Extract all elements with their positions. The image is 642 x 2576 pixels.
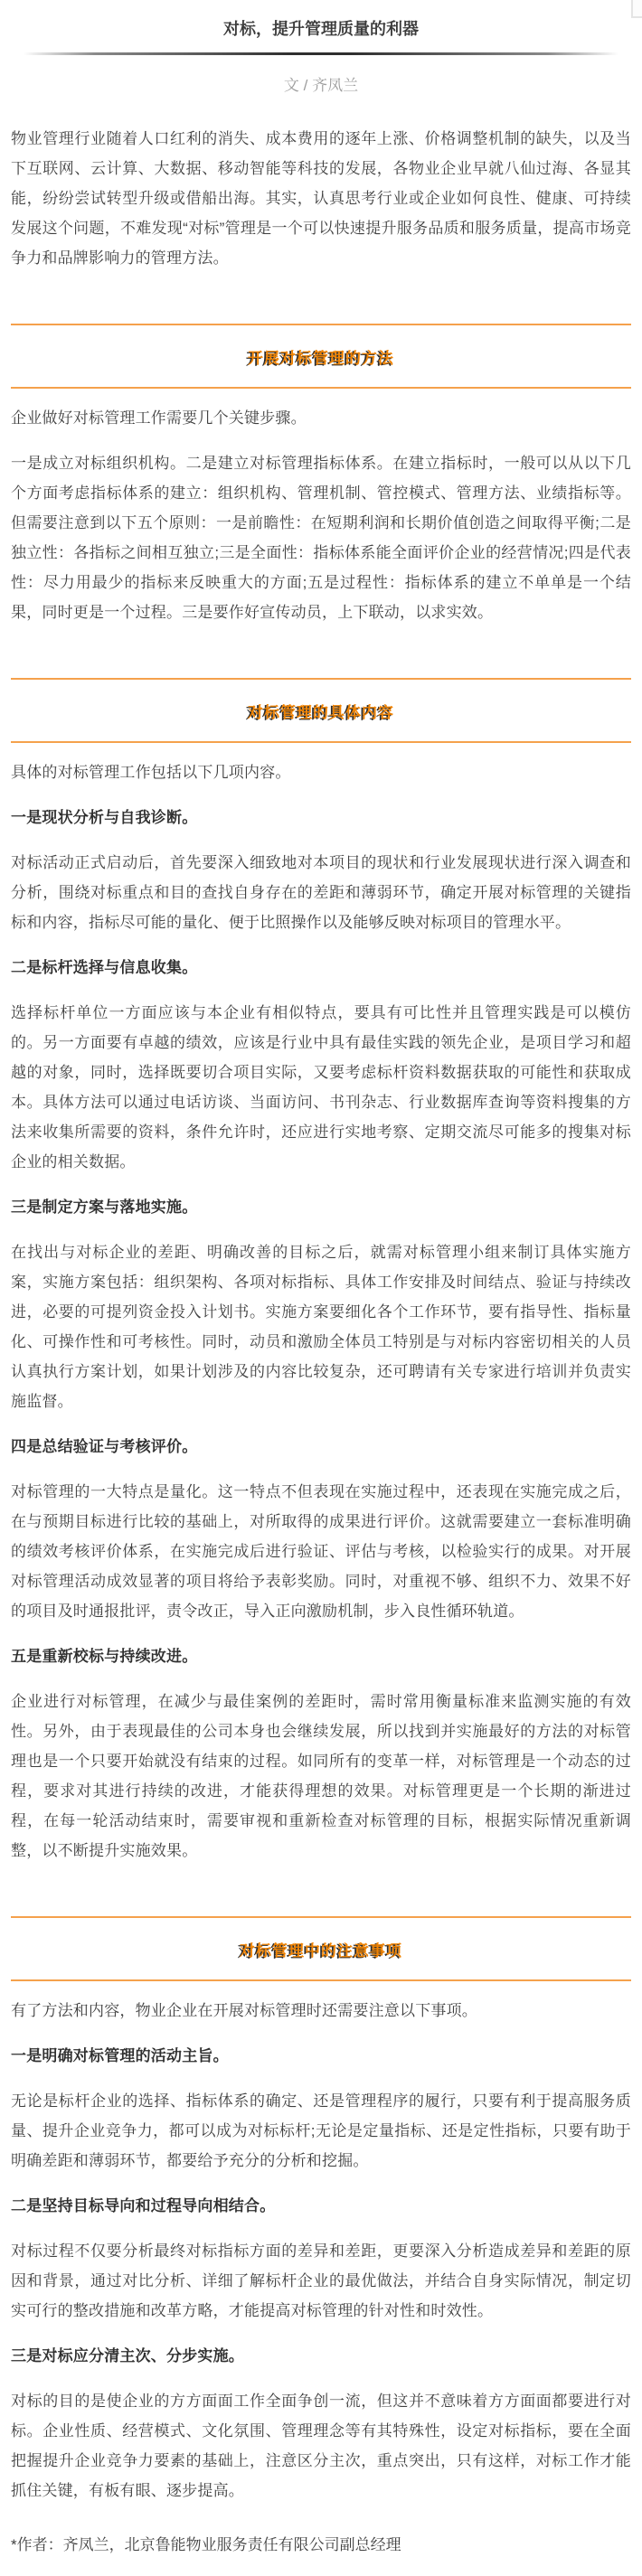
title-divider	[24, 52, 618, 55]
sub-heading: 三是对标应分清主次、分步实施。	[11, 2341, 631, 2371]
body-paragraph: 对标活动正式启动后，首先要深入细致地对本项目的现状和行业发展现状进行深入调查和分…	[11, 848, 631, 937]
sections-container: 开展对标管理的方法企业做好对标管理工作需要几个关键步骤。一是成立对标组织机构。二…	[11, 324, 631, 2505]
sub-heading: 四是总结验证与考核评价。	[11, 1432, 631, 1462]
section-heading-banner: 对标管理中的注意事项	[11, 1916, 631, 1981]
byline: 文 / 齐凤兰	[11, 75, 631, 97]
sub-heading: 二是标杆选择与信息收集。	[11, 953, 631, 982]
page-title: 对标，提升管理质量的利器	[11, 16, 631, 42]
section-heading-banner: 开展对标管理的方法	[11, 324, 631, 389]
article-section: 开展对标管理的方法企业做好对标管理工作需要几个关键步骤。一是成立对标组织机构。二…	[11, 324, 631, 627]
sub-heading: 一是现状分析与自我诊断。	[11, 803, 631, 832]
article-section: 对标管理中的注意事项有了方法和内容，物业企业在开展对标管理时还需要注意以下事项。…	[11, 1916, 631, 2505]
body-paragraph: 对标管理的一大特点是量化。这一特点不但表现在实施过程中，还表现在实施完成之后，在…	[11, 1477, 631, 1626]
body-paragraph: 对标的目的是使企业的方方面面工作全面争创一流，但这并不意味着方方面面都要进行对标…	[11, 2386, 631, 2505]
body-paragraph: 一是成立对标组织机构。二是建立对标管理指标体系。在建立指标时，一般可以从以下几个…	[11, 448, 631, 627]
section-heading: 开展对标管理的方法	[248, 350, 394, 367]
sub-heading: 五是重新校标与持续改进。	[11, 1641, 631, 1671]
sub-heading: 一是明确对标管理的活动主旨。	[11, 2041, 631, 2071]
section-heading: 对标管理的具体内容	[248, 704, 394, 721]
article-page: 对标，提升管理质量的利器 文 / 齐凤兰 物业管理行业随着人口红利的消失、成本费…	[0, 0, 642, 2576]
article-section: 对标管理的具体内容具体的对标管理工作包括以下几项内容。一是现状分析与自我诊断。对…	[11, 678, 631, 1866]
scrollbar-corner	[631, 0, 642, 18]
section-heading-banner: 对标管理的具体内容	[11, 678, 631, 743]
body-paragraph: 企业进行对标管理，在减少与最佳案例的差距时，需时常用衡量标准来监测实施的有效性。…	[11, 1687, 631, 1866]
author-footnote: *作者：齐凤兰，北京鲁能物业服务责任有限公司副总经理	[11, 2533, 631, 2558]
body-paragraph: 在找出与对标企业的差距、明确改善的目标之后，就需对标管理小组来制订具体实施方案，…	[11, 1237, 631, 1416]
sub-heading: 二是坚持目标导向和过程导向相结合。	[11, 2191, 631, 2221]
body-paragraph: 对标过程不仅要分析最终对标指标方面的差异和差距，更要深入分析造成差异和差距的原因…	[11, 2236, 631, 2326]
body-paragraph: 有了方法和内容，物业企业在开展对标管理时还需要注意以下事项。	[11, 1996, 631, 2026]
body-paragraph: 企业做好对标管理工作需要几个关键步骤。	[11, 403, 631, 433]
body-paragraph: 无论是标杆企业的选择、指标体系的确定、还是管理程序的履行，只要有利于提高服务质量…	[11, 2086, 631, 2176]
body-paragraph: 选择标杆单位一方面应该与本企业有相似特点，要具有可比性并且管理实践是可以模仿的。…	[11, 998, 631, 1177]
sub-heading: 三是制定方案与落地实施。	[11, 1192, 631, 1222]
intro-paragraph: 物业管理行业随着人口红利的消失、成本费用的逐年上涨、价格调整机制的缺失，以及当下…	[11, 124, 631, 273]
body-paragraph: 具体的对标管理工作包括以下几项内容。	[11, 757, 631, 787]
section-heading: 对标管理中的注意事项	[240, 1942, 402, 1960]
